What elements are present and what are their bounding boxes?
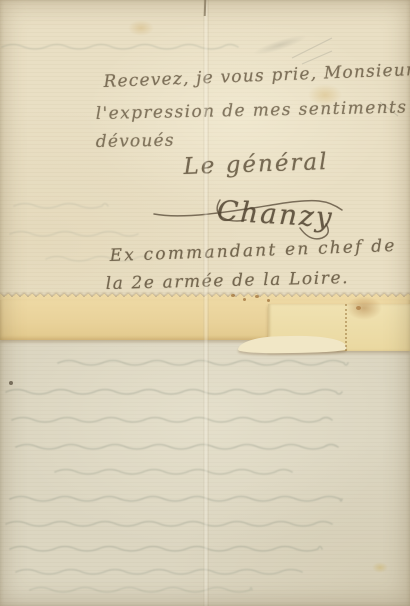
foxing-speck	[243, 298, 246, 301]
ink-speck	[9, 381, 13, 385]
foxing-speck	[231, 294, 235, 297]
signature-chanzy: Chanzy	[216, 194, 335, 234]
paper-lower-leaf	[0, 338, 410, 606]
tape-perforation-line	[345, 304, 347, 351]
manuscript-letter-photo: Recevez, je vous prie, Monsieur l'expres…	[0, 0, 410, 606]
foxing-speck	[267, 299, 270, 302]
closing-line-3: dévoués	[96, 131, 175, 152]
foxing-speck	[356, 306, 361, 310]
rank-line: Le général	[183, 149, 329, 180]
foxing-speck	[255, 295, 259, 298]
